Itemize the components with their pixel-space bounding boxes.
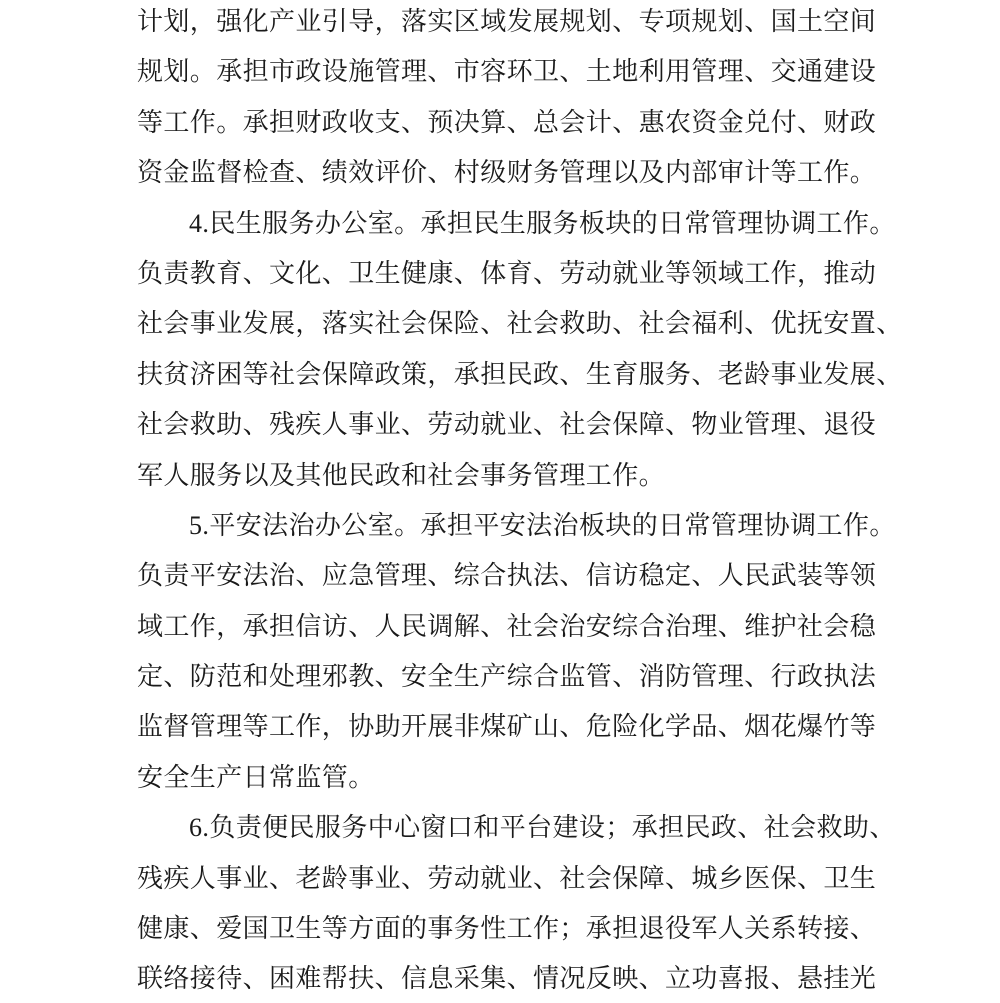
item-number: 4. — [189, 209, 209, 238]
paragraph-heading-line: 5.平安法治办公室。承担平安法治板块的日常管理协调工作。 — [137, 501, 897, 551]
paragraph-heading-line: 6.负责便民服务中心窗口和平台建设；承担民政、社会救助、 — [137, 803, 897, 853]
text-line: 监督管理等工作，协助开展非煤矿山、危险化学品、烟花爆竹等 — [137, 702, 897, 752]
text-line: 扶贫济困等社会保障政策，承担民政、生育服务、老龄事业发展、 — [137, 350, 897, 400]
text-line: 计划，强化产业引导，落实区域发展规划、专项规划、国土空间 — [137, 0, 897, 47]
text-line: 负责教育、文化、卫生健康、体育、劳动就业等领域工作，推动 — [137, 249, 897, 299]
text-line: 健康、爱国卫生等方面的事务性工作；承担退役军人关系转接、 — [137, 904, 897, 954]
paragraph-5-pingan-fazhi-office: 5.平安法治办公室。承担平安法治板块的日常管理协调工作。 负责平安法治、应急管理… — [137, 501, 897, 803]
text-line: 安全生产日常监管。 — [137, 753, 897, 803]
text-line: 域工作，承担信访、人民调解、社会治安综合治理、维护社会稳 — [137, 602, 897, 652]
text-span: 负责便民服务中心窗口和平台建设；承担民政、社会救助、 — [209, 813, 895, 843]
text-line: 等工作。承担财政收支、预决算、总会计、惠农资金兑付、财政 — [137, 98, 897, 148]
paragraph-4-minsheng-office: 4.民生服务办公室。承担民生服务板块的日常管理协调工作。 负责教育、文化、卫生健… — [137, 199, 897, 501]
text-span: 平安法治办公室。承担平安法治板块的日常管理协调工作。 — [209, 511, 895, 541]
paragraph-3-continued: 计划，强化产业引导，落实区域发展规划、专项规划、国土空间 规划。承担市政设施管理… — [137, 0, 897, 199]
text-span: 民生服务办公室。承担民生服务板块的日常管理协调工作。 — [209, 209, 895, 239]
text-line: 社会事业发展，落实社会保险、社会救助、社会福利、优抚安置、 — [137, 299, 897, 349]
text-line: 社会救助、残疾人事业、劳动就业、社会保障、物业管理、退役 — [137, 400, 897, 450]
text-line: 规划。承担市政设施管理、市容环卫、土地利用管理、交通建设 — [137, 47, 897, 97]
text-line: 联络接待、困难帮扶、信息采集、情况反映、立功喜报、悬挂光 — [137, 954, 897, 1003]
text-line: 定、防范和处理邪教、安全生产综合监管、消防管理、行政执法 — [137, 652, 897, 702]
paragraph-6-service-center: 6.负责便民服务中心窗口和平台建设；承担民政、社会救助、 残疾人事业、老龄事业、… — [137, 803, 897, 1003]
text-line: 资金监督检查、绩效评价、村级财务管理以及内部审计等工作。 — [137, 148, 897, 198]
item-number: 5. — [189, 511, 209, 540]
text-line: 军人服务以及其他民政和社会事务管理工作。 — [137, 451, 897, 501]
paragraph-heading-line: 4.民生服务办公室。承担民生服务板块的日常管理协调工作。 — [137, 199, 897, 249]
text-line: 负责平安法治、应急管理、综合执法、信访稳定、人民武装等领 — [137, 551, 897, 601]
document-page: 计划，强化产业引导，落实区域发展规划、专项规划、国土空间 规划。承担市政设施管理… — [137, 0, 897, 1003]
item-number: 6. — [189, 813, 209, 842]
text-line: 残疾人事业、老龄事业、劳动就业、社会保障、城乡医保、卫生 — [137, 854, 897, 904]
